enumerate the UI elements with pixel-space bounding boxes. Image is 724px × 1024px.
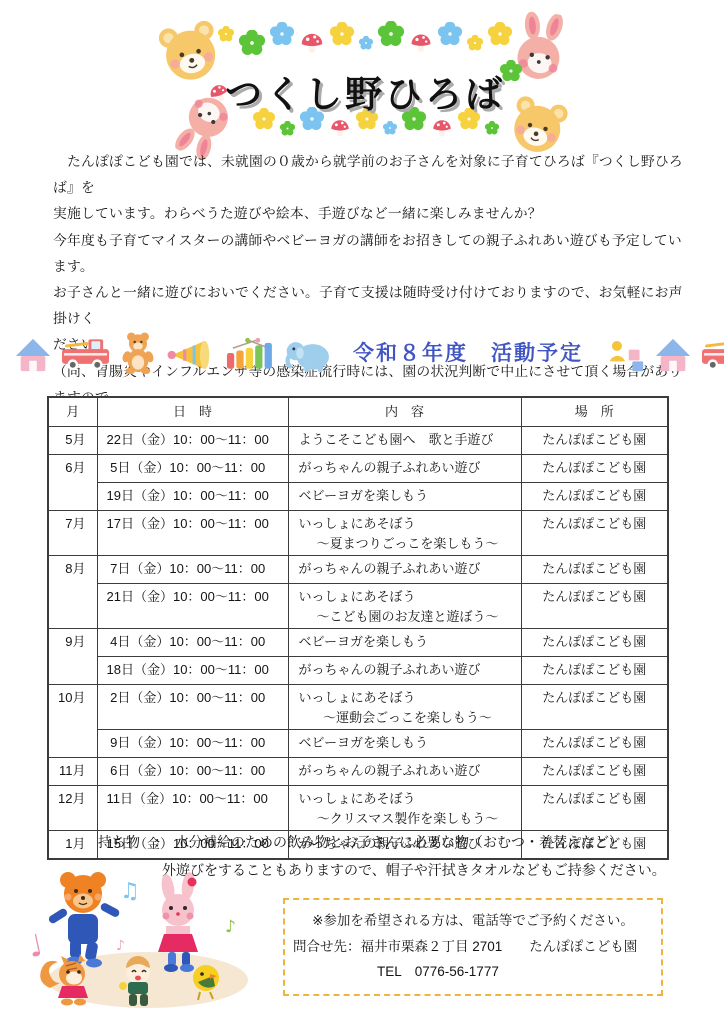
flower-icon <box>280 121 295 136</box>
cell-content: いっしょにあそぼう～クリスマス製作を楽しもう～ <box>288 786 521 831</box>
notes-items: 持ち物 ： 水分補給のための飲み物とお子さんに必要な物（おむつ・着替えなど） <box>98 829 666 857</box>
cell-datetime: 4日（金）10：00～11：00 <box>97 629 288 657</box>
activity-subtitle: ～クリスマス製作を楽しもう～ <box>299 809 517 829</box>
mushroom-icon <box>409 31 433 55</box>
cell-content: がっちゃんの親子ふれあい遊び <box>288 556 521 584</box>
cell-month: 9月 <box>48 629 97 685</box>
cell-datetime: 21日（金）10：00～11：00 <box>97 584 288 629</box>
cell-place: たんぽぽこども園 <box>521 786 668 831</box>
flower-icon <box>270 22 294 46</box>
schedule-row: 10月 2日（金）10：00～11：00いっしょにあそぼう～運動会ごっこを楽しも… <box>48 685 668 730</box>
cell-place: たんぽぽこども園 <box>521 629 668 657</box>
children-dancing-illustration: ♫ ♪ ♪ ♩ <box>20 870 268 1018</box>
schedule-row: 19日（金）10：00～11：00ベビーヨガを楽しもうたんぽぽこども園 <box>48 483 668 511</box>
flower-icon <box>467 35 483 51</box>
mushroom-icon <box>299 30 325 56</box>
schedule-body: 5月22日（金）10：00～11：00ようこそこども園へ 歌と手遊びたんぽぽこど… <box>48 427 668 860</box>
cell-content: ようこそこども園へ 歌と手遊び <box>288 427 521 455</box>
garland-top <box>242 26 488 52</box>
cell-place: たんぽぽこども園 <box>521 584 668 629</box>
house-icon <box>14 336 52 374</box>
cell-place: たんぽぽこども園 <box>521 483 668 511</box>
activity-title: がっちゃんの親子ふれあい遊び <box>299 559 517 579</box>
activity-title: がっちゃんの親子ふれあい遊び <box>299 458 517 478</box>
activity-title: いっしょにあそぼう <box>299 688 517 708</box>
blocks-icon <box>607 336 645 374</box>
cell-place: たんぽぽこども園 <box>521 685 668 730</box>
cell-content: がっちゃんの親子ふれあい遊び <box>288 657 521 685</box>
cell-place: たんぽぽこども園 <box>521 556 668 584</box>
flower-icon <box>359 36 373 50</box>
flower-icon <box>330 22 354 46</box>
schedule-row: 9日（金）10：00～11：00ベビーヨガを楽しもうたんぽぽこども園 <box>48 730 668 758</box>
col-header-month: 月 <box>48 397 97 427</box>
cell-content: いっしょにあそぼう～夏まつりごっこを楽しもう～ <box>288 511 521 556</box>
cell-datetime: 2日（金）10：00～11：00 <box>97 685 288 730</box>
cell-content: ベビーヨガを楽しもう <box>288 730 521 758</box>
schedule-table: 月 日 時 内 容 場 所 5月22日（金）10：00～11：00ようこそこども… <box>47 396 669 860</box>
col-header-datetime: 日 時 <box>97 397 288 427</box>
cell-datetime: 9日（金）10：00～11：00 <box>97 730 288 758</box>
contact-box: ※参加を希望される方は、電話等でご予約ください。 問合せ先：福井市栗森２丁目 2… <box>283 898 663 996</box>
flower-icon <box>378 21 404 47</box>
horn-icon <box>166 336 214 374</box>
flower-icon <box>438 22 462 46</box>
flower-icon <box>485 121 499 135</box>
mushroom-icon <box>329 117 351 139</box>
cell-month: 8月 <box>48 556 97 629</box>
flower-icon <box>239 30 265 56</box>
elephant-icon <box>285 336 333 374</box>
bear-character <box>47 872 120 968</box>
music-note-icon: ♪ <box>116 938 125 954</box>
cell-datetime: 18日（金）10：00～11：00 <box>97 657 288 685</box>
cell-month: 11月 <box>48 758 97 786</box>
firetruck-icon <box>61 336 110 374</box>
cell-content: ベビーヨガを楽しもう <box>288 629 521 657</box>
firetruck-icon <box>701 336 724 374</box>
schedule-row: 7月17日（金）10：00～11：00いっしょにあそぼう～夏まつりごっこを楽しも… <box>48 511 668 556</box>
cell-month: 10月 <box>48 685 97 758</box>
schedule-heading: 令和８年度 活動予定 <box>353 337 583 367</box>
music-note-icon: ♫ <box>120 879 140 904</box>
contact-address: 問合せ先：福井市栗森２丁目 2701 たんぽぽこども園 <box>293 934 653 960</box>
activity-divider: 令和８年度 活動予定 <box>0 324 724 380</box>
flower-icon <box>488 22 512 46</box>
teddy-icon <box>119 330 157 374</box>
cell-content: がっちゃんの親子ふれあい遊び <box>288 455 521 483</box>
col-header-content: 内 容 <box>288 397 521 427</box>
treble-clef-icon: ♩ <box>25 928 46 965</box>
col-header-place: 場 所 <box>521 397 668 427</box>
xylophone-icon <box>223 336 276 374</box>
cell-content: がっちゃんの親子ふれあい遊び <box>288 758 521 786</box>
page-title: つくし野ひろば <box>150 64 580 118</box>
house-icon <box>654 336 692 374</box>
cell-place: たんぽぽこども園 <box>521 455 668 483</box>
schedule-row: 5月22日（金）10：00～11：00ようこそこども園へ 歌と手遊びたんぽぽこど… <box>48 427 668 455</box>
schedule-row: 12月11日（金）10：00～11：00いっしょにあそぼう～クリスマス製作を楽し… <box>48 786 668 831</box>
cell-month: 12月 <box>48 786 97 831</box>
intro-paragraph: たんぽぽこども園では、未就園の０歳から就学前のお子さんを対象に子育てひろば『つく… <box>53 149 683 437</box>
divider-icons-right <box>607 330 724 374</box>
cell-place: たんぽぽこども園 <box>521 730 668 758</box>
flyer-page: つくし野ひろば たんぽぽこども園では、未就園の０歳から就学前のお子さんを対象に子… <box>0 0 724 1024</box>
divider-icons-left <box>14 330 333 374</box>
cell-datetime: 19日（金）10：00～11：00 <box>97 483 288 511</box>
schedule-row: 18日（金）10：00～11：00がっちゃんの親子ふれあい遊びたんぽぽこども園 <box>48 657 668 685</box>
table-header-row: 月 日 時 内 容 場 所 <box>48 397 668 427</box>
activity-subtitle: ～運動会ごっこを楽しもう～ <box>299 708 517 728</box>
cell-month: 1月 <box>48 831 97 860</box>
cell-place: たんぽぽこども園 <box>521 758 668 786</box>
cell-month: 7月 <box>48 511 97 556</box>
flower-icon <box>383 121 397 135</box>
activity-title: いっしょにあそぼう <box>299 789 517 809</box>
activity-title: いっしょにあそぼう <box>299 514 517 534</box>
music-note-icon: ♪ <box>225 917 236 937</box>
activity-title: ようこそこども園へ 歌と手遊び <box>299 430 517 450</box>
mushroom-icon <box>431 117 453 139</box>
cell-datetime: 5日（金）10：00～11：00 <box>97 455 288 483</box>
schedule-row: 11月 6日（金）10：00～11：00がっちゃんの親子ふれあい遊びたんぽぽこど… <box>48 758 668 786</box>
contact-phone: TEL 0776-56-1777 <box>293 959 653 985</box>
cell-month: 5月 <box>48 427 97 455</box>
title-banner: つくし野ひろば <box>150 8 580 156</box>
activity-subtitle: ～こども園のお友達と遊ぼう～ <box>299 607 517 627</box>
cell-datetime: 17日（金）10：00～11：00 <box>97 511 288 556</box>
cell-datetime: 7日（金）10：00～11：00 <box>97 556 288 584</box>
contact-reservation-note: ※参加を希望される方は、電話等でご予約ください。 <box>293 908 653 934</box>
cell-place: たんぽぽこども園 <box>521 427 668 455</box>
cell-place: たんぽぽこども園 <box>521 657 668 685</box>
cell-content: ベビーヨガを楽しもう <box>288 483 521 511</box>
cell-datetime: 11日（金）10：00～11：00 <box>97 786 288 831</box>
cell-content: いっしょにあそぼう～こども園のお友達と遊ぼう～ <box>288 584 521 629</box>
activity-title: がっちゃんの親子ふれあい遊び <box>299 761 517 781</box>
flower-icon <box>218 26 234 42</box>
schedule-row: 21日（金）10：00～11：00いっしょにあそぼう～こども園のお友達と遊ぼう～… <box>48 584 668 629</box>
activity-subtitle: ～夏まつりごっこを楽しもう～ <box>299 534 517 554</box>
cell-datetime: 22日（金）10：00～11：00 <box>97 427 288 455</box>
activity-title: ベビーヨガを楽しもう <box>299 632 517 652</box>
cell-datetime: 6日（金）10：00～11：00 <box>97 758 288 786</box>
schedule-row: 6月 5日（金）10：00～11：00がっちゃんの親子ふれあい遊びたんぽぽこども… <box>48 455 668 483</box>
activity-title: がっちゃんの親子ふれあい遊び <box>299 660 517 680</box>
activity-title: いっしょにあそぼう <box>299 587 517 607</box>
activity-title: ベビーヨガを楽しもう <box>299 733 517 753</box>
cell-place: たんぽぽこども園 <box>521 511 668 556</box>
schedule-row: 8月 7日（金）10：00～11：00がっちゃんの親子ふれあい遊びたんぽぽこども… <box>48 556 668 584</box>
cell-content: いっしょにあそぼう～運動会ごっこを楽しもう～ <box>288 685 521 730</box>
schedule-row: 9月 4日（金）10：00～11：00ベビーヨガを楽しもうたんぽぽこども園 <box>48 629 668 657</box>
cell-month: 6月 <box>48 455 97 511</box>
activity-title: ベビーヨガを楽しもう <box>299 486 517 506</box>
